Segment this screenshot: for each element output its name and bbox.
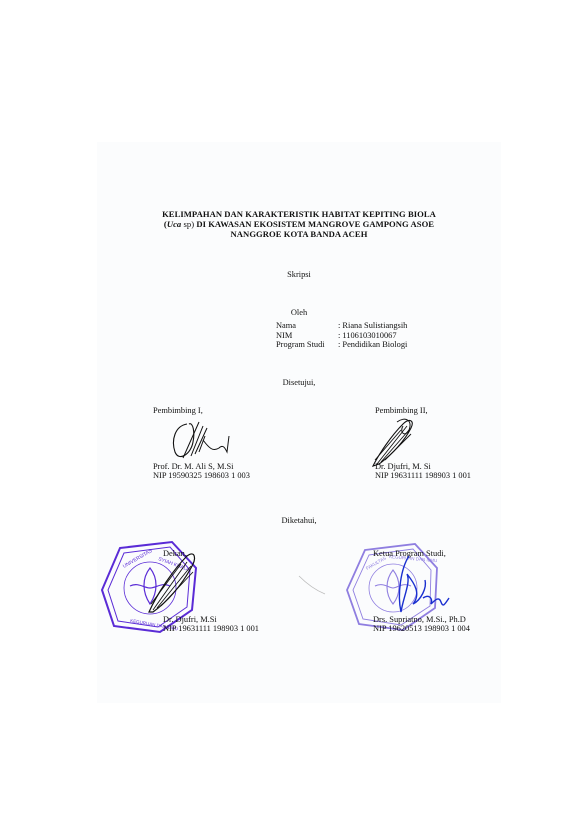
supervisor-1-role: Pembimbing I,: [153, 406, 203, 416]
document-type: Skripsi: [97, 270, 501, 280]
signature-head-of-program: [387, 554, 451, 616]
info-row-nim: NIM : 1106103010067: [276, 331, 407, 341]
scan-mark: [297, 574, 327, 596]
author-info: Nama : Riana Sulistiangsih NIM : 1106103…: [276, 321, 407, 350]
signature-supervisor-1: [169, 418, 249, 462]
supervisor-2-nip: NIP 19631111 198903 1 001: [375, 471, 471, 481]
by-label: Oleh: [97, 308, 501, 318]
scanned-page: KELIMPAHAN DAN KARAKTERISTIK HABITAT KEP…: [97, 142, 501, 703]
supervisor-1-nip: NIP 19590325 198603 1 003: [153, 471, 250, 481]
thesis-title: KELIMPAHAN DAN KARAKTERISTIK HABITAT KEP…: [97, 209, 501, 239]
head-of-program-nip: NIP 19620513 198903 1 004: [373, 624, 470, 634]
title-line-3: NANGGROE KOTA BANDA ACEH: [97, 229, 501, 239]
dean-nip: NIP 19631111 198903 1 001: [163, 624, 259, 634]
title-line-1: KELIMPAHAN DAN KARAKTERISTIK HABITAT KEP…: [97, 209, 501, 219]
acknowledged-label: Diketahui,: [97, 516, 501, 526]
title-line-2: (Uca sp) DI KAWASAN EKOSISTEM MANGROVE G…: [97, 219, 501, 229]
info-row-name: Nama : Riana Sulistiangsih: [276, 321, 407, 331]
title-italic-genus: Uca: [167, 219, 181, 229]
info-row-program: Program Studi : Pendidikan Biologi: [276, 340, 407, 350]
signature-dean: [145, 550, 199, 616]
approved-label: Disetujui,: [97, 378, 501, 388]
